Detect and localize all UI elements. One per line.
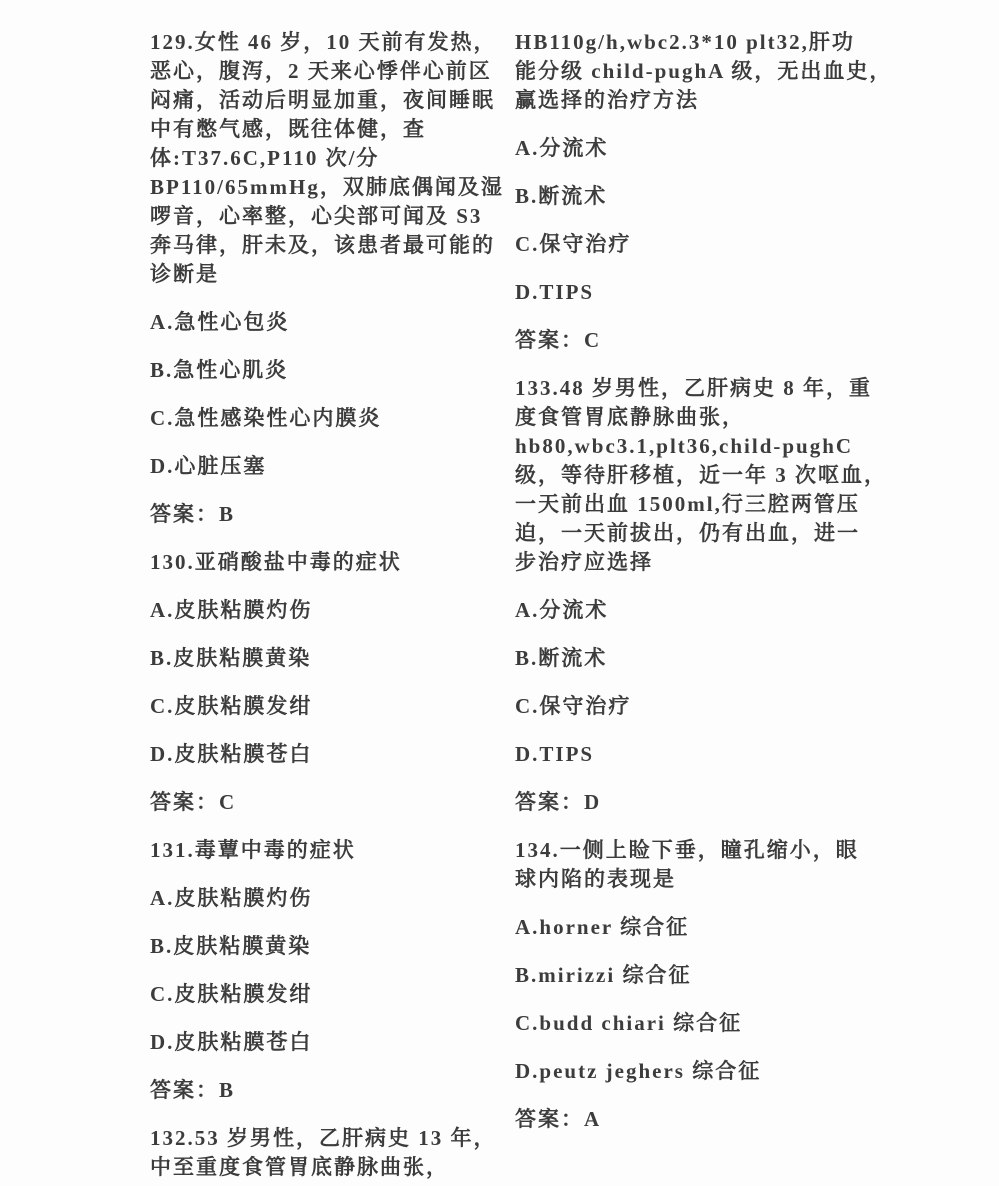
text-line: C.皮肤粘膜发绀 — [150, 692, 495, 721]
text-line: D.皮肤粘膜苍白 — [150, 1028, 495, 1057]
option: B.急性心肌炎 — [150, 356, 495, 385]
text-line: 答案：C — [150, 788, 495, 817]
text-line: 129.女性 46 岁，10 天前有发热， — [150, 28, 495, 57]
answer-line: 答案：C — [150, 788, 495, 817]
option: C.保守治疗 — [515, 692, 895, 721]
text-line: BP110/65mmHg，双肺底偶闻及湿 — [150, 173, 495, 202]
text-line: D.TIPS — [515, 278, 895, 307]
text-line: 中至重度食管胃底静脉曲张， — [150, 1153, 495, 1182]
option: B.断流术 — [515, 182, 895, 211]
question-stem: 131.毒蕈中毒的症状 — [150, 836, 495, 865]
question-stem: HB110g/h,wbc2.3*10 plt32,肝功能分级 child-pug… — [515, 28, 895, 115]
option: C.皮肤粘膜发绀 — [150, 692, 495, 721]
text-line: 度食管胃底静脉曲张， — [515, 403, 895, 432]
option: C.budd chiari 综合征 — [515, 1009, 895, 1038]
option: B.皮肤粘膜黄染 — [150, 932, 495, 961]
text-line: D.TIPS — [515, 740, 895, 769]
text-line: D.心脏压塞 — [150, 452, 495, 481]
text-line: 球内陷的表现是 — [515, 865, 895, 894]
answer-line: 答案：A — [515, 1105, 895, 1134]
text-line: 130.亚硝酸盐中毒的症状 — [150, 548, 495, 577]
option: D.peutz jeghers 综合征 — [515, 1057, 895, 1086]
text-line: 步治疗应选择 — [515, 548, 895, 577]
option: B.断流术 — [515, 644, 895, 673]
option: D.TIPS — [515, 740, 895, 769]
text-line: 能分级 child-pughA 级，无出血史， — [515, 57, 895, 86]
option: C.急性感染性心内膜炎 — [150, 404, 495, 433]
option: A.horner 综合征 — [515, 913, 895, 942]
text-line: B.皮肤粘膜黄染 — [150, 932, 495, 961]
text-line: 答案：B — [150, 500, 495, 529]
text-line: 体:T37.6C,P110 次/分 — [150, 144, 495, 173]
text-line: 啰音，心率整，心尖部可闻及 S3 — [150, 202, 495, 231]
option: D.皮肤粘膜苍白 — [150, 740, 495, 769]
question-stem: 129.女性 46 岁，10 天前有发热，恶心，腹泻，2 天来心悸伴心前区闷痛，… — [150, 28, 495, 289]
text-line: 132.53 岁男性，乙肝病史 13 年， — [150, 1124, 495, 1153]
option: A.分流术 — [515, 134, 895, 163]
page: 129.女性 46 岁，10 天前有发热，恶心，腹泻，2 天来心悸伴心前区闷痛，… — [0, 0, 999, 1186]
question-stem: 134.一侧上睑下垂，瞳孔缩小，眼球内陷的表现是 — [515, 836, 895, 894]
text-line: HB110g/h,wbc2.3*10 plt32,肝功 — [515, 28, 895, 57]
question-stem: 133.48 岁男性，乙肝病史 8 年，重度食管胃底静脉曲张，hb80,wbc3… — [515, 374, 895, 577]
text-line: A.分流术 — [515, 596, 895, 625]
option: A.皮肤粘膜灼伤 — [150, 596, 495, 625]
text-line: 131.毒蕈中毒的症状 — [150, 836, 495, 865]
text-line: 赢选择的治疗方法 — [515, 86, 895, 115]
column-left: 129.女性 46 岁，10 天前有发热，恶心，腹泻，2 天来心悸伴心前区闷痛，… — [150, 28, 495, 1186]
text-line: 答案：B — [150, 1076, 495, 1105]
text-line: D.peutz jeghers 综合征 — [515, 1057, 895, 1086]
text-line: C.保守治疗 — [515, 230, 895, 259]
text-line: 134.一侧上睑下垂，瞳孔缩小，眼 — [515, 836, 895, 865]
text-line: 诊断是 — [150, 260, 495, 289]
text-line: 奔马律，肝未及，该患者最可能的 — [150, 231, 495, 260]
text-line: 答案：C — [515, 326, 895, 355]
text-line: B.断流术 — [515, 182, 895, 211]
text-line: 恶心，腹泻，2 天来心悸伴心前区 — [150, 57, 495, 86]
text-line: B.皮肤粘膜黄染 — [150, 644, 495, 673]
text-line: 133.48 岁男性，乙肝病史 8 年，重 — [515, 374, 895, 403]
question-stem: 132.53 岁男性，乙肝病史 13 年，中至重度食管胃底静脉曲张， — [150, 1124, 495, 1182]
text-line: A.皮肤粘膜灼伤 — [150, 884, 495, 913]
text-line: C.皮肤粘膜发绀 — [150, 980, 495, 1009]
option: C.保守治疗 — [515, 230, 895, 259]
text-line: 迫，一天前拔出，仍有出血，进一 — [515, 519, 895, 548]
option: A.急性心包炎 — [150, 308, 495, 337]
question-stem: 130.亚硝酸盐中毒的症状 — [150, 548, 495, 577]
text-line: hb80,wbc3.1,plt36,child-pughC — [515, 432, 895, 461]
text-line: D.皮肤粘膜苍白 — [150, 740, 495, 769]
text-line: A.急性心包炎 — [150, 308, 495, 337]
answer-line: 答案：B — [150, 500, 495, 529]
answer-line: 答案：B — [150, 1076, 495, 1105]
text-line: 中有憋气感，既往体健，查 — [150, 115, 495, 144]
text-line: 级，等待肝移植，近一年 3 次呕血， — [515, 461, 895, 490]
text-line: 闷痛，活动后明显加重，夜间睡眠 — [150, 86, 495, 115]
text-line: A.horner 综合征 — [515, 913, 895, 942]
column-right: HB110g/h,wbc2.3*10 plt32,肝功能分级 child-pug… — [515, 28, 895, 1186]
text-line: A.分流术 — [515, 134, 895, 163]
option: D.皮肤粘膜苍白 — [150, 1028, 495, 1057]
text-line: 一天前出血 1500ml,行三腔两管压 — [515, 490, 895, 519]
text-line: C.急性感染性心内膜炎 — [150, 404, 495, 433]
answer-line: 答案：D — [515, 788, 895, 817]
option: C.皮肤粘膜发绀 — [150, 980, 495, 1009]
text-line: 答案：D — [515, 788, 895, 817]
text-line: C.保守治疗 — [515, 692, 895, 721]
text-line: B.mirizzi 综合征 — [515, 961, 895, 990]
text-line: 答案：A — [515, 1105, 895, 1134]
option: B.皮肤粘膜黄染 — [150, 644, 495, 673]
text-line: B.急性心肌炎 — [150, 356, 495, 385]
option: B.mirizzi 综合征 — [515, 961, 895, 990]
text-line: A.皮肤粘膜灼伤 — [150, 596, 495, 625]
answer-line: 答案：C — [515, 326, 895, 355]
text-line: C.budd chiari 综合征 — [515, 1009, 895, 1038]
option: D.心脏压塞 — [150, 452, 495, 481]
text-line: B.断流术 — [515, 644, 895, 673]
option: A.皮肤粘膜灼伤 — [150, 884, 495, 913]
option: A.分流术 — [515, 596, 895, 625]
option: D.TIPS — [515, 278, 895, 307]
